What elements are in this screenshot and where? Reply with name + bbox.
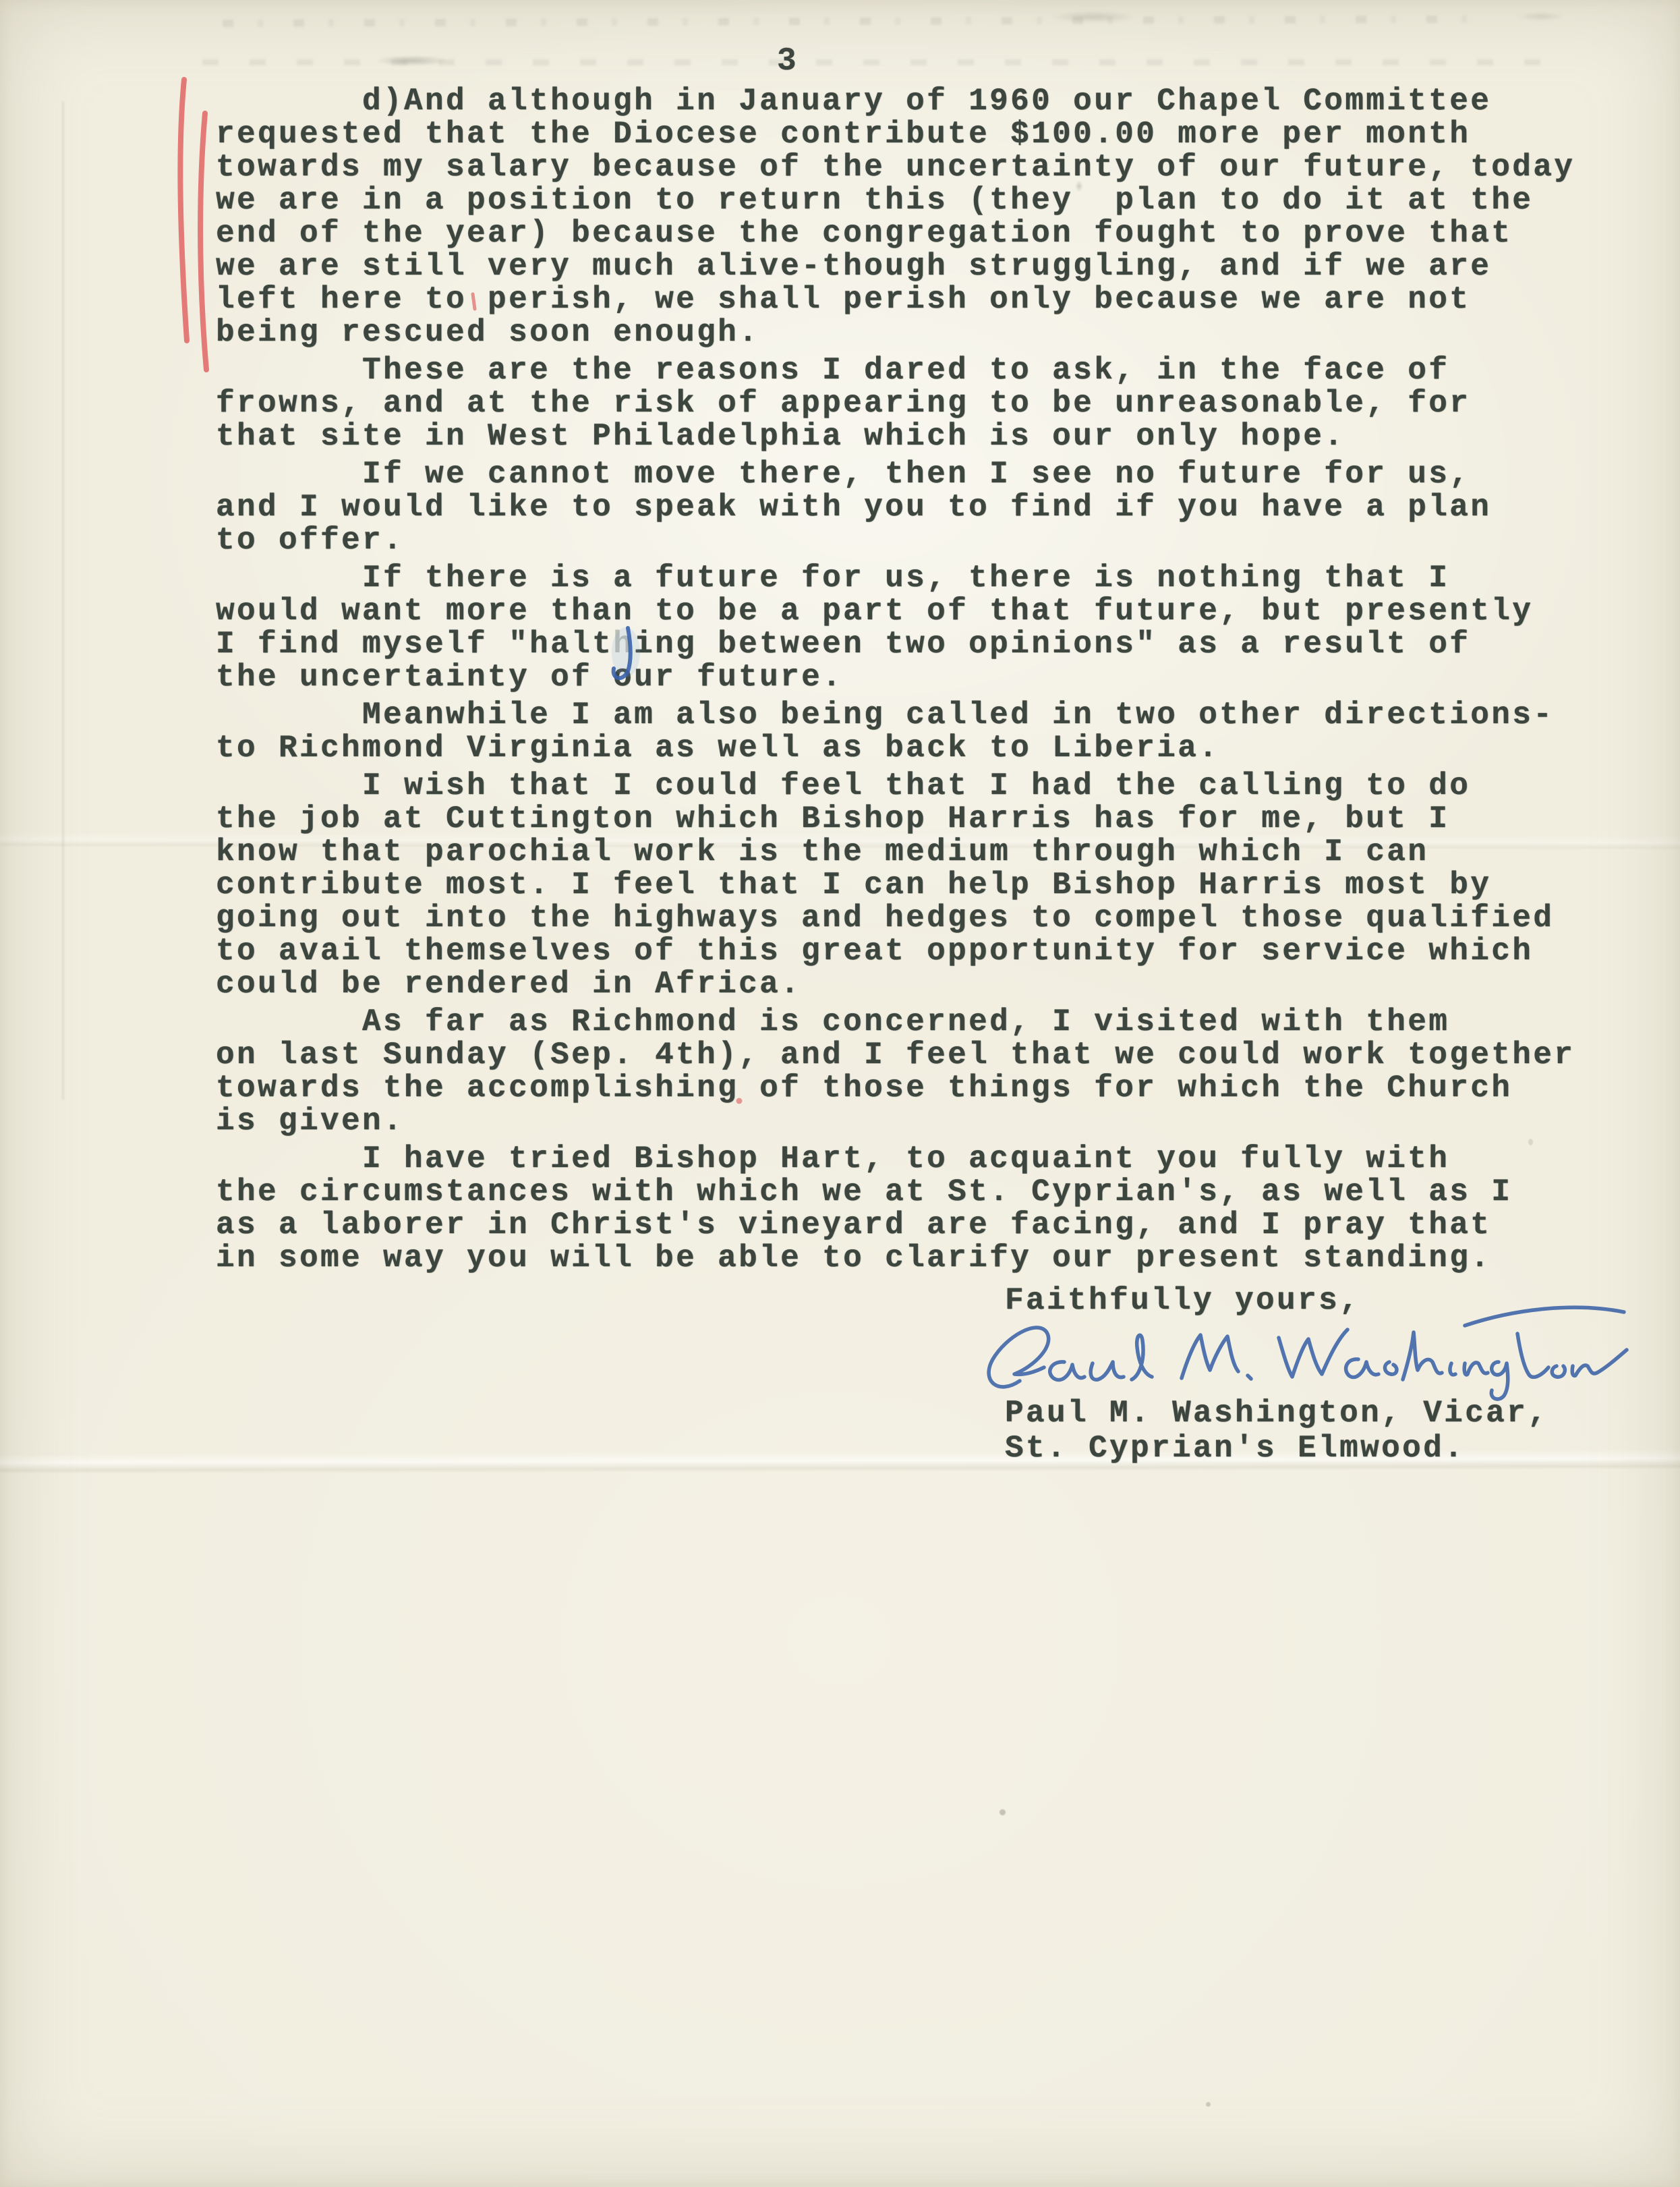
- paragraph: As far as Richmond is concerned, I visit…: [216, 1006, 1680, 1138]
- top-edge-smudge: [1517, 12, 1565, 21]
- typewritten-line: Meanwhile I am also being called in two …: [216, 699, 1680, 732]
- paragraph: If there is a future for us, there is no…: [216, 562, 1680, 694]
- typewritten-line: towards the accomplishing of those thing…: [216, 1072, 1680, 1105]
- typewritten-line: would want more than to be a part of tha…: [216, 595, 1680, 628]
- typewritten-line: d)And although in January of 1960 our Ch…: [216, 85, 1680, 118]
- typewritten-line: If there is a future for us, there is no…: [216, 562, 1680, 595]
- paragraph: d)And although in January of 1960 our Ch…: [216, 85, 1680, 349]
- typewritten-line: towards my salary because of the uncerta…: [216, 151, 1680, 184]
- paragraphs: d)And although in January of 1960 our Ch…: [216, 85, 1680, 1275]
- page-number: 3: [777, 43, 796, 80]
- typewritten-line: that site in West Philadelphia which is …: [216, 420, 1680, 453]
- typed-signature-name: Paul M. Washington, Vicar,: [1005, 1396, 1680, 1431]
- valediction: Faithfully yours,: [1005, 1284, 1680, 1317]
- typewritten-line: we are still very much alive-though stru…: [216, 250, 1680, 283]
- paper-speck: [1206, 2102, 1211, 2107]
- typed-signature-org: St. Cyprian's Elmwood.: [1005, 1431, 1680, 1466]
- typewritten-line: to offer.: [216, 524, 1680, 557]
- typewritten-line: If we cannot move there, then I see no f…: [216, 458, 1680, 491]
- struck-character: h: [613, 627, 634, 662]
- blue-correction-mark: [607, 623, 645, 689]
- letter-body: d)And although in January of 1960 our Ch…: [0, 85, 1680, 1466]
- typewritten-line: in some way you will be able to clarify …: [216, 1242, 1680, 1275]
- top-edge-smudge: [202, 59, 1551, 65]
- top-edge-smudge: [375, 55, 449, 66]
- typewritten-line: These are the reasons I dared to ask, in…: [216, 354, 1680, 387]
- typewritten-line: contribute most. I feel that I can help …: [216, 869, 1680, 902]
- typewritten-line: left here to perish, we shall perish onl…: [216, 283, 1680, 316]
- top-edge-smudge: [223, 16, 1470, 27]
- typewritten-line: going out into the highways and hedges t…: [216, 902, 1680, 935]
- typewritten-line: the circumstances with which we at St. C…: [216, 1176, 1680, 1209]
- typewritten-line: I wish that I could feel that I had the …: [216, 770, 1680, 803]
- typewritten-line: could be rendered in Africa.: [216, 968, 1680, 1001]
- top-edge-smudge: [1049, 11, 1137, 23]
- typewritten-line: I find myself "halthing between two opin…: [216, 628, 1680, 661]
- typewritten-line: we are in a position to return this (the…: [216, 184, 1680, 217]
- paragraph: I wish that I could feel that I had the …: [216, 770, 1680, 1001]
- typewritten-line: and I would like to speak with you to fi…: [216, 491, 1680, 524]
- typewritten-line: the uncertainty of our future.: [216, 661, 1680, 694]
- typewritten-line: I have tried Bishop Hart, to acquaint yo…: [216, 1143, 1680, 1176]
- typewritten-line: on last Sunday (Sep. 4th), and I feel th…: [216, 1039, 1680, 1072]
- typewritten-line: to Richmond Virginia as well as back to …: [216, 732, 1680, 765]
- typewritten-line: frowns, and at the risk of appearing to …: [216, 387, 1680, 420]
- paper-speck: [1000, 1809, 1006, 1815]
- paragraph: These are the reasons I dared to ask, in…: [216, 354, 1680, 453]
- scanned-letter-page: 3 d)And although in January of 1960 our …: [0, 0, 1680, 2187]
- typewritten-line: to avail themselves of this great opport…: [216, 935, 1680, 968]
- closing-block: Faithfully yours,: [1005, 1284, 1680, 1466]
- paragraph: Meanwhile I am also being called in two …: [216, 699, 1680, 765]
- signature-area: [1005, 1317, 1680, 1396]
- typewritten-line: know that parochial work is the medium t…: [216, 836, 1680, 869]
- typewritten-line: being rescued soon enough.: [216, 316, 1680, 349]
- paragraph: I have tried Bishop Hart, to acquaint yo…: [216, 1143, 1680, 1275]
- paragraph: If we cannot move there, then I see no f…: [216, 458, 1680, 557]
- typewritten-line: end of the year) because the congregatio…: [216, 217, 1680, 250]
- typewritten-line: the job at Cuttington which Bishop Harri…: [216, 803, 1680, 836]
- typewritten-line: As far as Richmond is concerned, I visit…: [216, 1006, 1680, 1039]
- typewritten-line: as a laborer in Christ's vineyard are fa…: [216, 1209, 1680, 1242]
- typewritten-line: requested that the Diocese contribute $1…: [216, 118, 1680, 151]
- typewritten-line: is given.: [216, 1105, 1680, 1138]
